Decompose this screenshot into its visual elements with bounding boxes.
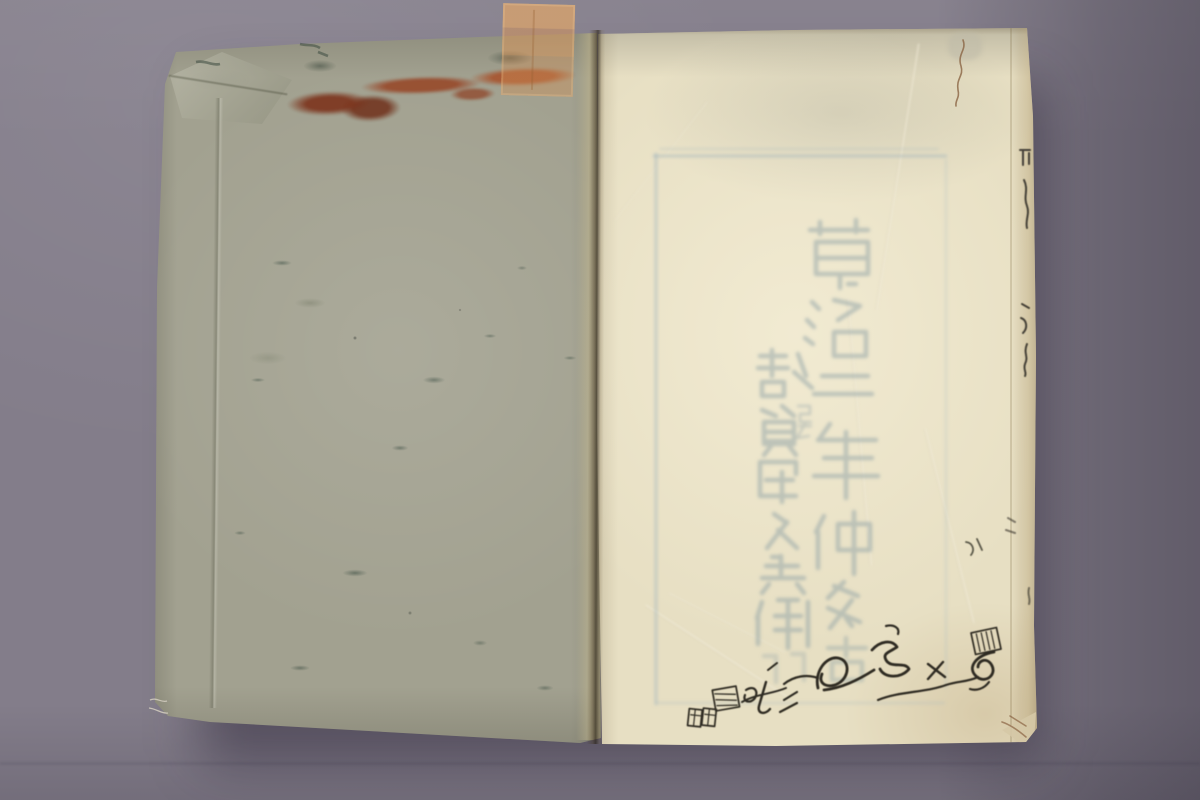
page-wrinkle bbox=[924, 429, 975, 624]
backdrop-seam bbox=[0, 762, 1200, 765]
left-back-cover bbox=[150, 28, 602, 744]
page-wrinkle bbox=[875, 43, 920, 310]
page-wrinkle bbox=[614, 101, 708, 220]
page-wrinkle bbox=[846, 298, 872, 565]
top-tear-patch bbox=[948, 32, 982, 60]
photo-scene: 萬治二己亥年仲冬吉 敦賀屋久兵衛 Antique Japanese bound … bbox=[0, 0, 1200, 800]
spine-gutter bbox=[587, 30, 605, 744]
right-colophon-page bbox=[596, 26, 1038, 758]
page-wrinkle bbox=[669, 593, 786, 654]
repair-tape bbox=[501, 3, 575, 97]
